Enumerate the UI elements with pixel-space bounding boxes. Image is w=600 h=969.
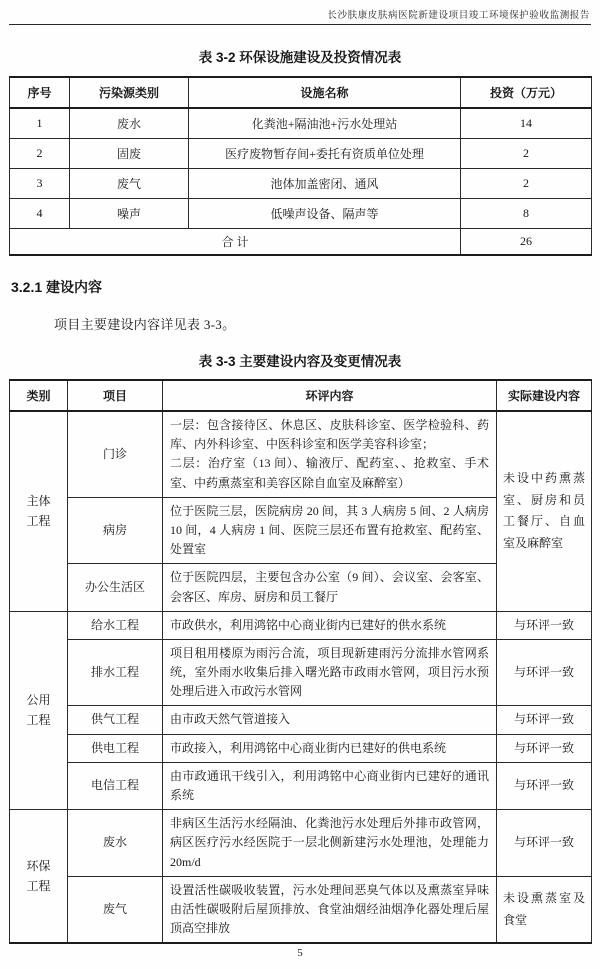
body-paragraph: 项目主要建设内容详见表 3-3。 [9,314,591,333]
table-row: 环保工程 废水 非病区生活污水经隔油、化粪池污水处理后外排市政管网，病区医疗污水… [10,810,592,877]
column-header-category: 类别 [10,380,68,411]
actual-content-cell: 与环评一致 [497,734,592,762]
cell-facility-name: 低噪声设备、隔声等 [189,198,461,228]
table-header-row: 类别 项目 环评内容 实际建设内容 [10,380,592,411]
eia-content-cell: 由市政通讯干线引入，利用鸿铭中心商业街内已建好的通讯系统 [163,762,497,809]
actual-content-cell: 未设熏蒸室及食堂 [497,876,592,943]
eia-content-cell: 非病区生活污水经隔油、化粪池污水处理后外排市政管网，病区医疗污水经医院于一层北侧… [163,810,497,877]
table-row: 2 固废 医疗废物暂存间+委托有资质单位处理 2 [10,138,592,168]
column-header-pollution-type: 污染源类别 [70,77,189,108]
eia-content-cell: 市政供水，利用鸿铭中心商业街内已建好的供水系统 [163,611,497,639]
actual-content-cell: 与环评一致 [497,706,592,734]
cell-pollution-type: 固废 [70,138,189,168]
category-cell-main-works: 主体工程 [10,411,68,611]
cell-investment: 2 [461,138,592,168]
category-label: 公用工程 [26,690,51,731]
cell-seq: 4 [10,198,70,228]
cell-facility-name: 医疗废物暂存间+委托有资质单位处理 [189,138,461,168]
actual-content-cell: 与环评一致 [497,810,592,877]
item-cell-office-living: 办公生活区 [68,564,163,611]
item-cell-ward: 病房 [68,497,163,564]
category-label: 环保工程 [26,856,51,897]
eia-content-cell: 设置活性碳吸收装置，污水处理间恶臭气体以及熏蒸室异味由活性碳吸附后屋顶排放、食堂… [163,876,497,943]
column-header-eia-content: 环评内容 [163,380,497,411]
actual-content-cell: 与环评一致 [497,762,592,809]
item-cell-gas-supply: 供气工程 [68,706,163,734]
table-3-3: 类别 项目 环评内容 实际建设内容 主体工程 门诊 一层：包含接待区、休息区、皮… [9,379,592,944]
eia-content-cell: 市政接入，利用鸿铭中心商业街内已建好的供电系统 [163,734,497,762]
eia-content-cell: 由市政天然气管道接入 [163,706,497,734]
cell-investment: 14 [461,108,592,138]
column-header-item: 项目 [68,380,163,411]
eia-content-cell: 位于医院四层，主要包含办公室（9 间）、会议室、会客室、会客区、库房、厨房和员工… [163,564,497,611]
actual-content-cell: 未设中药熏蒸室、厨房和员工餐厅、自血室及麻醉室 [497,411,592,611]
report-running-header: 长沙肤康皮肤病医院新建设项目竣工环境保护验收监测报告 [9,5,591,25]
table-row: 供电工程 市政接入，利用鸿铭中心商业街内已建好的供电系统 与环评一致 [10,734,592,762]
item-cell-telecom: 电信工程 [68,762,163,809]
page-content: 长沙肤康皮肤病医院新建设项目竣工环境保护验收监测报告 表 3-2 环保设施建设及… [0,0,600,944]
table-row: 公用工程 给水工程 市政供水，利用鸿铭中心商业街内已建好的供水系统 与环评一致 [10,611,592,639]
item-cell-outpatient: 门诊 [68,411,163,497]
page-number: 5 [0,947,600,959]
table-header-row: 序号 污染源类别 设施名称 投资（万元） [10,77,592,108]
actual-content-cell: 与环评一致 [497,639,592,706]
table-row: 3 废气 池体加盖密闭、通风 2 [10,168,592,198]
cell-facility-name: 池体加盖密闭、通风 [189,168,461,198]
cell-pollution-type: 噪声 [70,198,189,228]
category-cell-utility-works: 公用工程 [10,611,68,810]
cell-pollution-type: 废水 [70,108,189,138]
cell-investment: 8 [461,198,592,228]
section-heading: 3.2.1 建设内容 [11,277,591,297]
item-cell-power-supply: 供电工程 [68,734,163,762]
cell-facility-name: 化粪池+隔油池+污水处理站 [189,108,461,138]
column-header-facility-name: 设施名称 [189,77,461,108]
eia-content-cell: 位于医院三层，医院病房 20 间，其 3 人病房 5 间、2 人病房 10 间，… [163,497,497,564]
eia-content-cell: 项目租用楼原为雨污合流，项目现新建雨污分流排水管网系统，室外雨水收集后排入曙光路… [163,639,497,706]
cell-seq: 1 [10,108,70,138]
total-row: 合 计 26 [10,228,592,255]
category-cell-env-works: 环保工程 [10,810,68,944]
total-value-cell: 26 [461,228,592,255]
eia-content-cell: 一层：包含接待区、休息区、皮肤科诊室、医学检验科、药库、内外科诊室、中医科诊室和… [163,411,497,497]
table-row: 1 废水 化粪池+隔油池+污水处理站 14 [10,108,592,138]
item-cell-water-supply: 给水工程 [68,611,163,639]
actual-content-cell: 与环评一致 [497,611,592,639]
table-row: 4 噪声 低噪声设备、隔声等 8 [10,198,592,228]
cell-seq: 3 [10,168,70,198]
running-header-text: 长沙肤康皮肤病医院新建设项目竣工环境保护验收监测报告 [327,11,590,21]
cell-pollution-type: 废气 [70,168,189,198]
total-label-cell: 合 计 [10,228,461,255]
document-page: 长沙肤康皮肤病医院新建设项目竣工环境保护验收监测报告 表 3-2 环保设施建设及… [0,0,600,969]
table-3-2: 序号 污染源类别 设施名称 投资（万元） 1 废水 化粪池+隔油池+污水处理站 … [9,76,592,256]
item-cell-waste-gas: 废气 [68,876,163,943]
column-header-actual-content: 实际建设内容 [497,380,592,411]
column-header-seq: 序号 [10,77,70,108]
cell-investment: 2 [461,168,592,198]
table-row: 供气工程 由市政天然气管道接入 与环评一致 [10,706,592,734]
column-header-investment: 投资（万元） [461,77,592,108]
table-3-2-caption: 表 3-2 环保设施建设及投资情况表 [9,46,591,66]
eia-line-floor1: 一层：包含接待区、休息区、皮肤科诊室、医学检验科、药库、内外科诊室、中医科诊室和… [170,416,489,454]
item-cell-wastewater: 废水 [68,810,163,877]
eia-line-floor2: 二层：治疗室（13 间）、输液厅、配药室、、抢救室、手术室、中药熏蒸室和美容区除… [170,454,489,492]
table-row: 电信工程 由市政通讯干线引入，利用鸿铭中心商业街内已建好的通讯系统 与环评一致 [10,762,592,809]
table-row: 主体工程 门诊 一层：包含接待区、休息区、皮肤科诊室、医学检验科、药库、内外科诊… [10,411,592,497]
cell-seq: 2 [10,138,70,168]
table-row: 排水工程 项目租用楼原为雨污合流，项目现新建雨污分流排水管网系统，室外雨水收集后… [10,639,592,706]
table-row: 废气 设置活性碳吸收装置，污水处理间恶臭气体以及熏蒸室异味由活性碳吸附后屋顶排放… [10,876,592,943]
table-3-3-caption: 表 3-3 主要建设内容及变更情况表 [9,350,591,370]
category-label: 主体工程 [26,491,51,532]
item-cell-drainage: 排水工程 [68,639,163,706]
